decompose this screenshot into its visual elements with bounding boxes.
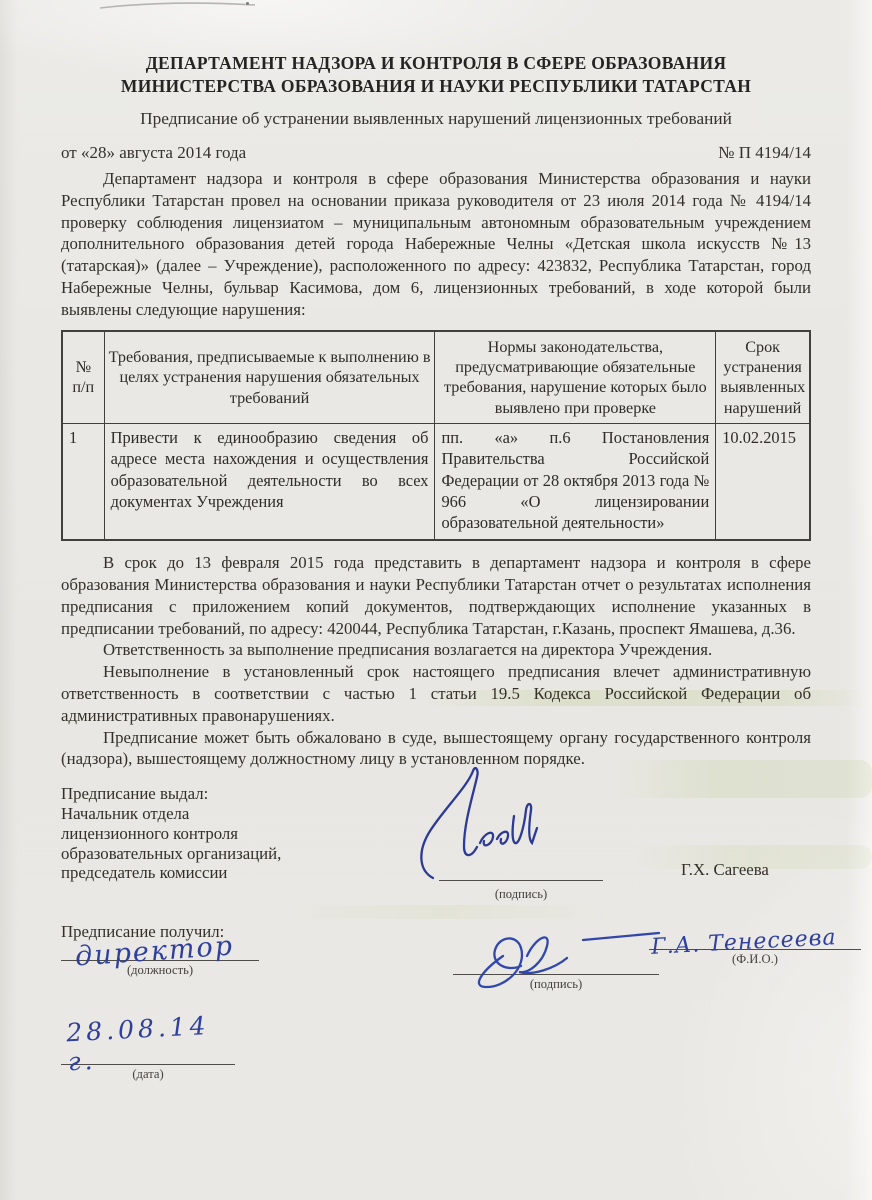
intro-paragraph: Департамент надзора и контроля в сфере о… (61, 168, 811, 321)
received-by-section: Предписание получил: директор (должность… (61, 922, 811, 1097)
table-row: 1 Привести к единообразию сведения об ад… (62, 424, 810, 541)
report-paragraph: В срок до 13 февраля 2015 года представи… (61, 552, 811, 639)
col-header-number: № п/п (62, 331, 104, 424)
handwritten-date: 28.08.14 г. (66, 1010, 237, 1077)
org-title-line2: МИНИСТЕРСТВА ОБРАЗОВАНИЯ И НАУКИ РЕСПУБЛ… (61, 75, 811, 98)
cell-number: 1 (62, 424, 104, 541)
signature-slot: (подпись) (453, 924, 659, 992)
cell-requirement: Привести к единообразию сведения об адре… (104, 424, 435, 541)
org-title-line1: ДЕПАРТАМЕНТ НАДЗОРА И КОНТРОЛЯ В СФЕРЕ О… (61, 52, 811, 75)
signature-caption: (подпись) (439, 883, 603, 905)
name-slot: Г.А. Тенесеева (Ф.И.О.) (649, 930, 861, 967)
date-slot: 28.08.14 г. (дата) (61, 1014, 235, 1082)
liability-paragraph: Невыполнение в установленный срок настоя… (61, 661, 811, 726)
date-row: от «28» августа 2014 года № П 4194/14 (61, 143, 811, 163)
cell-deadline: 10.02.2015 (716, 424, 810, 541)
signature-caption: (подпись) (453, 975, 659, 992)
col-header-deadline: Срок устранения выявленных нарушений (716, 331, 810, 424)
signature-line (439, 880, 603, 881)
document-title: Предписание об устранении выявленных нар… (61, 109, 811, 129)
document-number: № П 4194/14 (718, 143, 811, 163)
cell-legal-norm: пп. «а» п.6 Постановления Правительства … (435, 424, 716, 541)
issuer-signature-ink (413, 764, 588, 882)
issuer-name: Г.Х. Сагеева (681, 860, 769, 880)
position-slot: директор (должность) (61, 936, 259, 978)
violations-table: № п/п Требования, предписываемые к выпол… (61, 330, 811, 542)
col-header-requirements: Требования, предписываемые к выполнению … (104, 331, 435, 424)
responsibility-paragraph: Ответственность за выполнение предписани… (61, 639, 811, 661)
issued-by-section: Предписание выдал: Начальник отдела лице… (61, 784, 811, 906)
col-header-legal-norms: Нормы законодательства, предусматривающи… (435, 331, 716, 424)
document-date: от «28» августа 2014 года (61, 143, 246, 163)
table-header-row: № п/п Требования, предписываемые к выпол… (62, 331, 810, 424)
scanned-document-page: ДЕПАРТАМЕНТ НАДЗОРА И КОНТРОЛЯ В СФЕРЕ О… (0, 0, 872, 1200)
document-header: ДЕПАРТАМЕНТ НАДЗОРА И КОНТРОЛЯ В СФЕРЕ О… (61, 0, 811, 98)
document-content: ДЕПАРТАМЕНТ НАДЗОРА И КОНТРОЛЯ В СФЕРЕ О… (61, 0, 811, 1097)
